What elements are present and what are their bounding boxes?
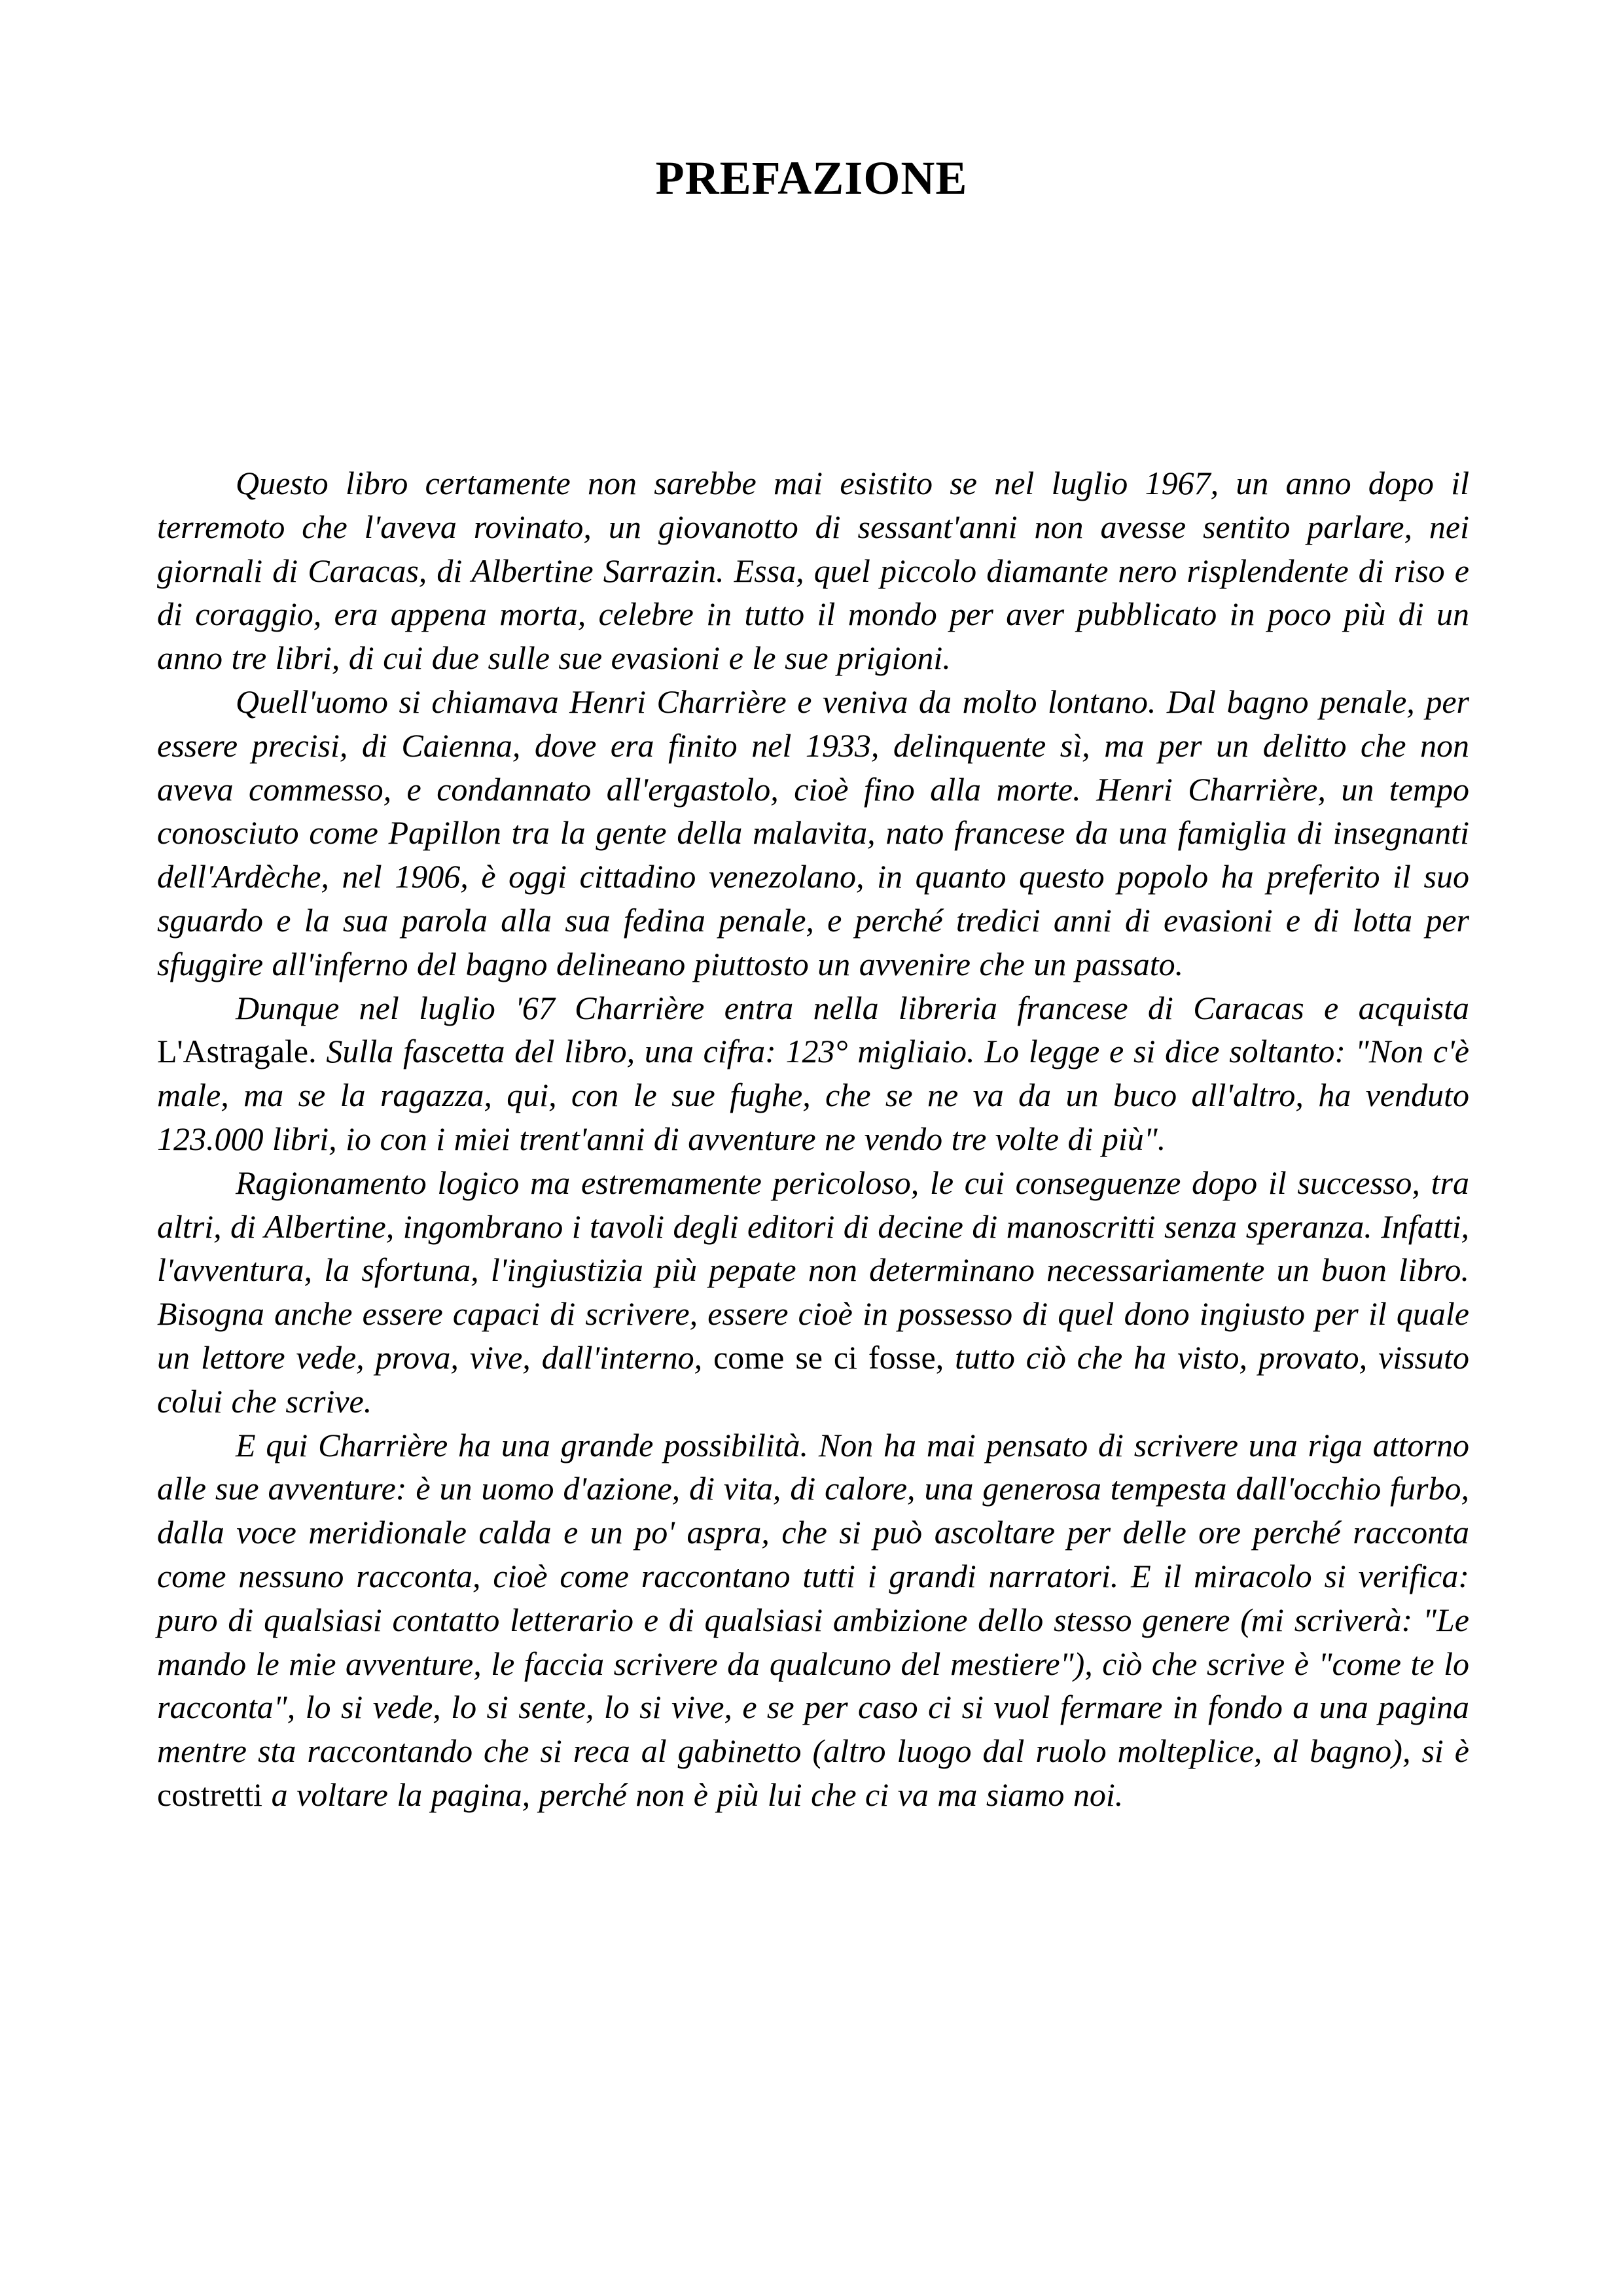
page-title: PREFAZIONE bbox=[0, 154, 1623, 202]
text-run-roman: come se ci fosse, bbox=[713, 1339, 944, 1376]
paragraph-3: Dunque nel luglio '67 Charrière entra ne… bbox=[157, 986, 1469, 1161]
paragraph-1: Questo libro certamente non sarebbe mai … bbox=[157, 461, 1469, 680]
document-page: PREFAZIONE Questo libro certamente non s… bbox=[0, 0, 1623, 2296]
text-run-italic: a voltare la pagina, perché non è più lu… bbox=[262, 1776, 1123, 1813]
paragraph-5: E qui Charrière ha una grande possibilit… bbox=[157, 1424, 1469, 1817]
text-run-italic: Sulla fascetta del libro, una cifra: 123… bbox=[157, 1033, 1469, 1157]
paragraph-2: Quell'uomo si chiamava Henri Charrière e… bbox=[157, 680, 1469, 986]
preface-body: Questo libro certamente non sarebbe mai … bbox=[157, 461, 1469, 1817]
text-run-italic: Dunque nel luglio '67 Charrière entra ne… bbox=[236, 990, 1469, 1026]
text-run-roman: L'Astragale. bbox=[157, 1033, 317, 1069]
text-run-italic: E qui Charrière ha una grande possibilit… bbox=[157, 1427, 1469, 1770]
text-run-roman: costretti bbox=[157, 1776, 262, 1813]
text-run-italic: Questo libro certamente non sarebbe mai … bbox=[157, 465, 1469, 676]
text-run-italic: Quell'uomo si chiamava Henri Charrière e… bbox=[157, 683, 1469, 982]
paragraph-4: Ragionamento logico ma estremamente peri… bbox=[157, 1161, 1469, 1424]
